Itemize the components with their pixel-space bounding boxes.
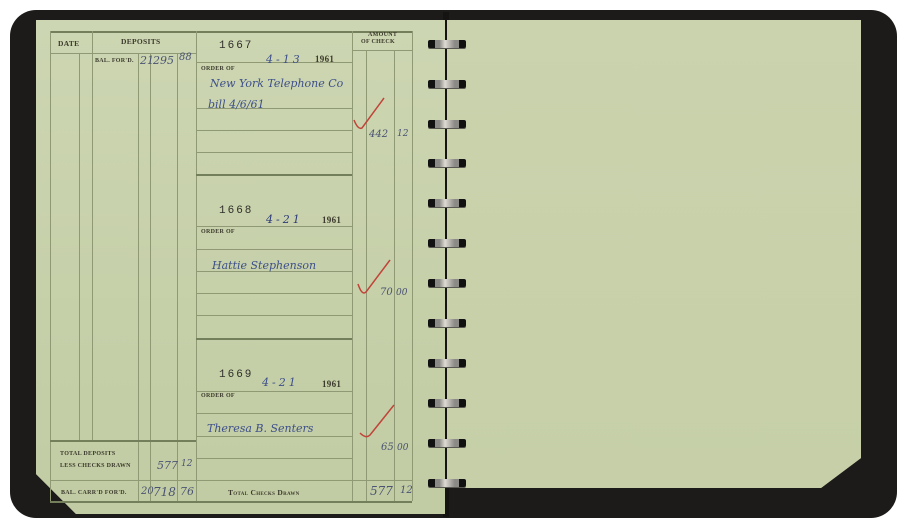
order-of-label: ORDER OF [201, 229, 235, 235]
check-payee: Hattie Stephenson [212, 259, 316, 272]
spiral-ring [428, 319, 466, 327]
spiral-ring [428, 40, 466, 48]
less-checks-drawn-label: LESS CHECKS DRAWN [60, 463, 131, 469]
check-amount-dollars: 70 [380, 287, 393, 298]
total-checks-drawn-dollars: 577 [370, 484, 393, 498]
total-checks-drawn-label: Total Checks Drawn [228, 488, 300, 497]
blank-right-page [447, 20, 861, 488]
less-checks-drawn-cents: 12 [181, 459, 192, 469]
check-payee: Theresa B. Senters [207, 422, 313, 435]
bal-carried-forward-hundreds: 718 [153, 485, 176, 499]
bal-forward-label: BAL. FOR'D. [95, 58, 134, 64]
amount-of-check-header-line1: AMOUNT [368, 32, 397, 38]
check-amount-cents: 00 [396, 288, 407, 298]
spiral-ring [428, 479, 466, 487]
check-number: 1667 [219, 40, 253, 52]
spiral-ring [428, 199, 466, 207]
total-deposits-label: TOTAL DEPOSITS [60, 451, 116, 457]
reconciled-checkmark-icon [358, 403, 396, 439]
order-of-label: ORDER OF [201, 66, 235, 72]
check-number: 1669 [219, 369, 253, 381]
check-amount-dollars: 442 [369, 129, 388, 140]
bal-carried-forward-thousands: 20 [141, 486, 154, 497]
spiral-ring [428, 239, 466, 247]
deposits-header: DEPOSITS [121, 37, 161, 46]
check-amount-dollars: 65 [381, 442, 394, 453]
spiral-ring [428, 80, 466, 88]
check-year: 1961 [315, 54, 334, 64]
check-year: 1961 [322, 379, 341, 389]
amount-of-check-header-line2: OF CHECK [361, 39, 395, 45]
check-memo: bill 4/6/61 [208, 98, 265, 111]
check-date: 4-13 [266, 53, 303, 66]
total-checks-drawn-cents: 12 [400, 485, 413, 496]
spiral-ring [428, 439, 466, 447]
spiral-ring [428, 399, 466, 407]
bal-carried-forward-cents: 76 [180, 485, 194, 498]
bal-carried-forward-label: BAL. CARR'D FOR'D. [61, 490, 127, 496]
date-header: DATE [58, 39, 79, 48]
bal-forward-cents: 88 [179, 52, 192, 63]
bal-forward-hundreds: 295 [153, 54, 174, 67]
spiral-ring [428, 159, 466, 167]
less-checks-drawn-dollars: 577 [157, 459, 178, 472]
spiral-ring [428, 359, 466, 367]
check-number: 1668 [219, 205, 253, 217]
check-amount-cents: 12 [397, 129, 408, 139]
reconciled-checkmark-icon [352, 96, 388, 132]
check-payee: New York Telephone Co [210, 77, 343, 90]
spiral-ring [428, 120, 466, 128]
check-amount-cents: 00 [397, 443, 408, 453]
check-year: 1961 [322, 215, 341, 225]
order-of-label: ORDER OF [201, 393, 235, 399]
check-date: 4-21 [266, 213, 303, 226]
check-date: 4-21 [262, 376, 299, 389]
bal-forward-thousands: 21 [140, 54, 154, 67]
spiral-ring [428, 279, 466, 287]
